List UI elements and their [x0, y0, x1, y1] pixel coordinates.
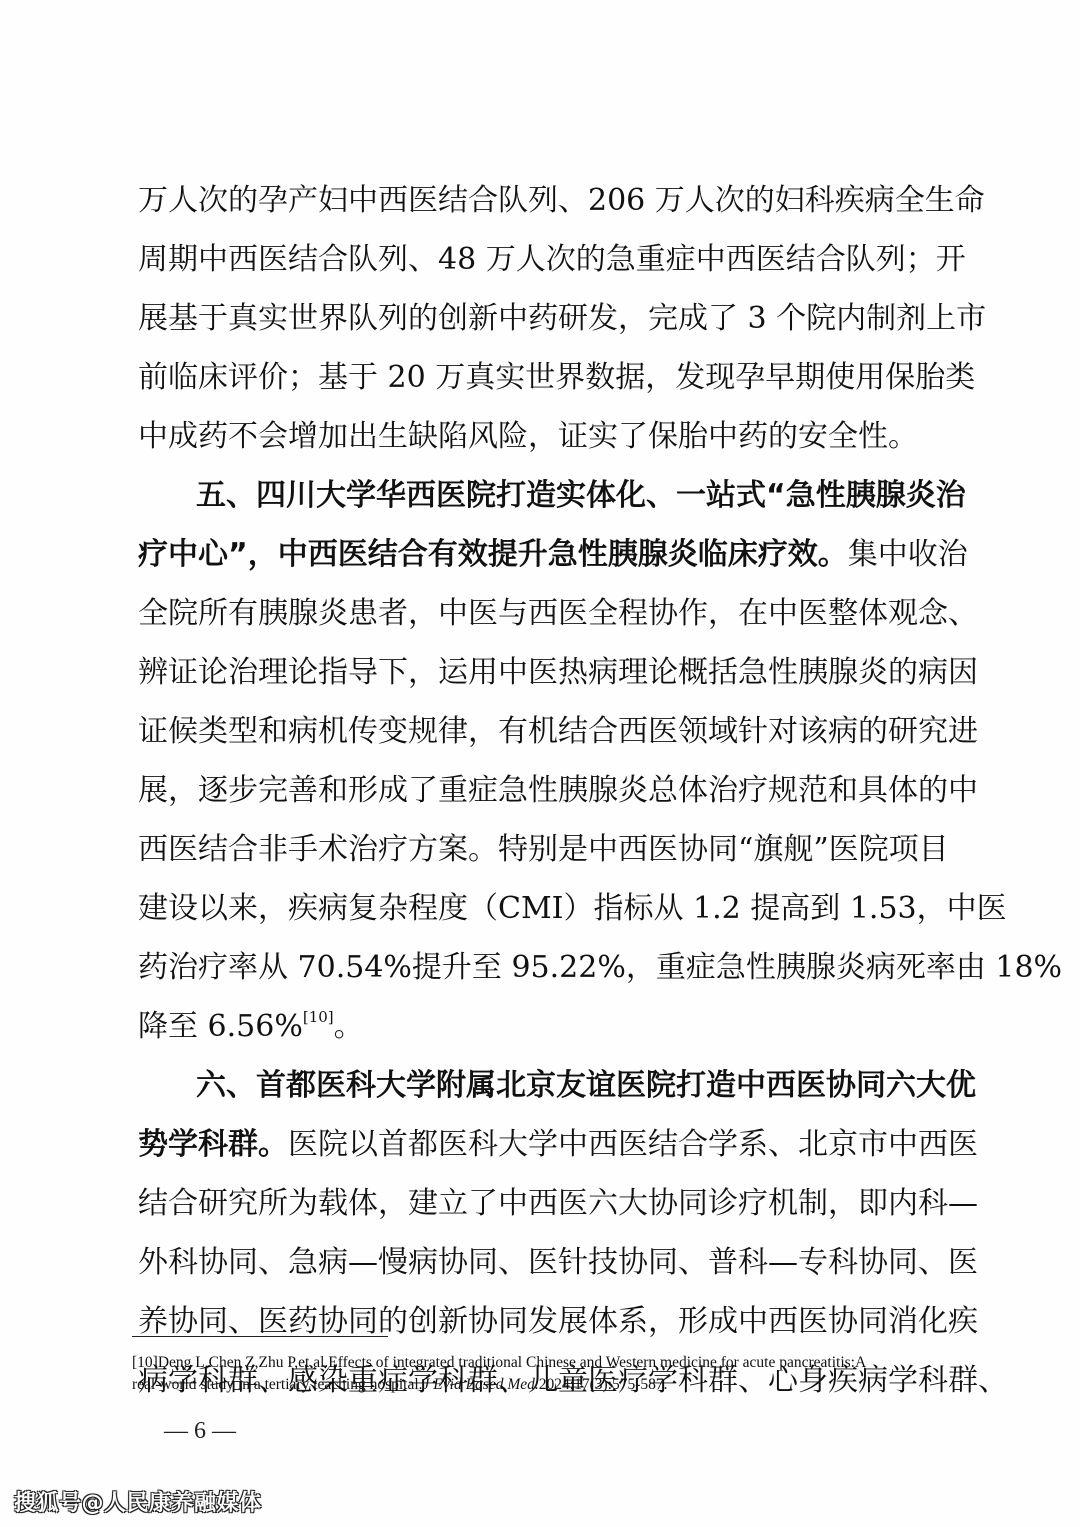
section-6-heading-cont: 势学科群。	[138, 1127, 288, 1162]
footnote-divider	[132, 1336, 388, 1337]
body-line: 证候类型和病机传变规律，有机结合西医领域针对该病的研究进	[138, 707, 938, 757]
footnote-line-2: real-world study in a tertiary teaching …	[132, 1374, 962, 1396]
footnote-reference[interactable]: [10]	[303, 1008, 334, 1026]
section-6-heading-line2: 势学科群。医院以首都医科大学中西医结合学系、北京市中西医	[138, 1120, 938, 1170]
source-watermark: 搜狐号@人民康养融媒体	[14, 1486, 262, 1517]
body-text: 医院以首都医科大学中西医结合学系、北京市中西医	[288, 1127, 978, 1162]
body-line: 中成药不会增加出生缺陷风险，证实了保胎中药的安全性。	[138, 412, 938, 462]
section-5-heading: 五、四川大学华西医院打造实体化、一站式“急性胰腺炎治	[196, 471, 938, 521]
section-5-heading-cont: 疗中心”，中西医结合有效提升急性胰腺炎临床疗效。	[138, 537, 848, 572]
body-line: 养协同、医药协同的创新协同发展体系，形成中西医协同消化疾	[138, 1297, 938, 1347]
body-line: 外科协同、急病—慢病协同、医针技协同、普科—专科协同、医	[138, 1238, 938, 1288]
body-line: 西医结合非手术治疗方案。特别是中西医协同“旗舰”医院项目	[138, 825, 938, 875]
body-text: 。	[334, 1009, 364, 1044]
body-line: 周期中西医结合队列、48 万人次的急重症中西医结合队列；开	[138, 235, 938, 285]
body-line: 前临床评价；基于 20 万真实世界数据，发现孕早期使用保胎类	[138, 353, 938, 403]
section-5-heading-line2: 疗中心”，中西医结合有效提升急性胰腺炎临床疗效。集中收治	[138, 530, 938, 580]
body-line: 药治疗率从 70.54%提升至 95.22%，重症急性胰腺炎病死率由 18%	[138, 943, 938, 993]
section-6-heading: 六、首都医科大学附属北京友谊医院打造中西医协同六大优	[196, 1061, 938, 1111]
body-line: 辨证论治理论指导下，运用中医热病理论概括急性胰腺炎的病因	[138, 648, 938, 698]
footnote-line-1: [10]Deng L,Chen Z,Zhu P,et al.Effects of…	[132, 1352, 962, 1374]
body-text: 集中收治	[848, 537, 968, 572]
body-text: 降至 6.56%	[138, 1009, 303, 1044]
body-line: 结合研究所为载体，建立了中西医六大协同诊疗机制，即内科—	[138, 1179, 938, 1229]
page-number: — 6 —	[150, 1418, 250, 1445]
body-line: 建设以来，疾病复杂程度（CMI）指标从 1.2 提高到 1.53，中医	[138, 884, 938, 934]
body-line: 全院所有胰腺炎患者，中医与西医全程协作，在中医整体观念、	[138, 589, 938, 639]
footnote-journal: J Evid Based Med.	[423, 1376, 539, 1393]
body-line: 展，逐步完善和形成了重症急性胰腺炎总体治疗规范和具体的中	[138, 766, 938, 816]
body-line: 展基于真实世界队列的创新中药研发，完成了 3 个院内制剂上市	[138, 294, 938, 344]
footnote-text: real-world study in a tertiary teaching …	[132, 1376, 423, 1393]
document-page: 万人次的孕产妇中西医结合队列、206 万人次的妇科疾病全生命 周期中西医结合队列…	[0, 0, 1080, 1527]
footnote-text: 2024;17(3):575-587.	[539, 1376, 668, 1393]
body-line-last: 降至 6.56%[10]。	[138, 1002, 938, 1052]
body-line: 万人次的孕产妇中西医结合队列、206 万人次的妇科疾病全生命	[138, 176, 938, 226]
